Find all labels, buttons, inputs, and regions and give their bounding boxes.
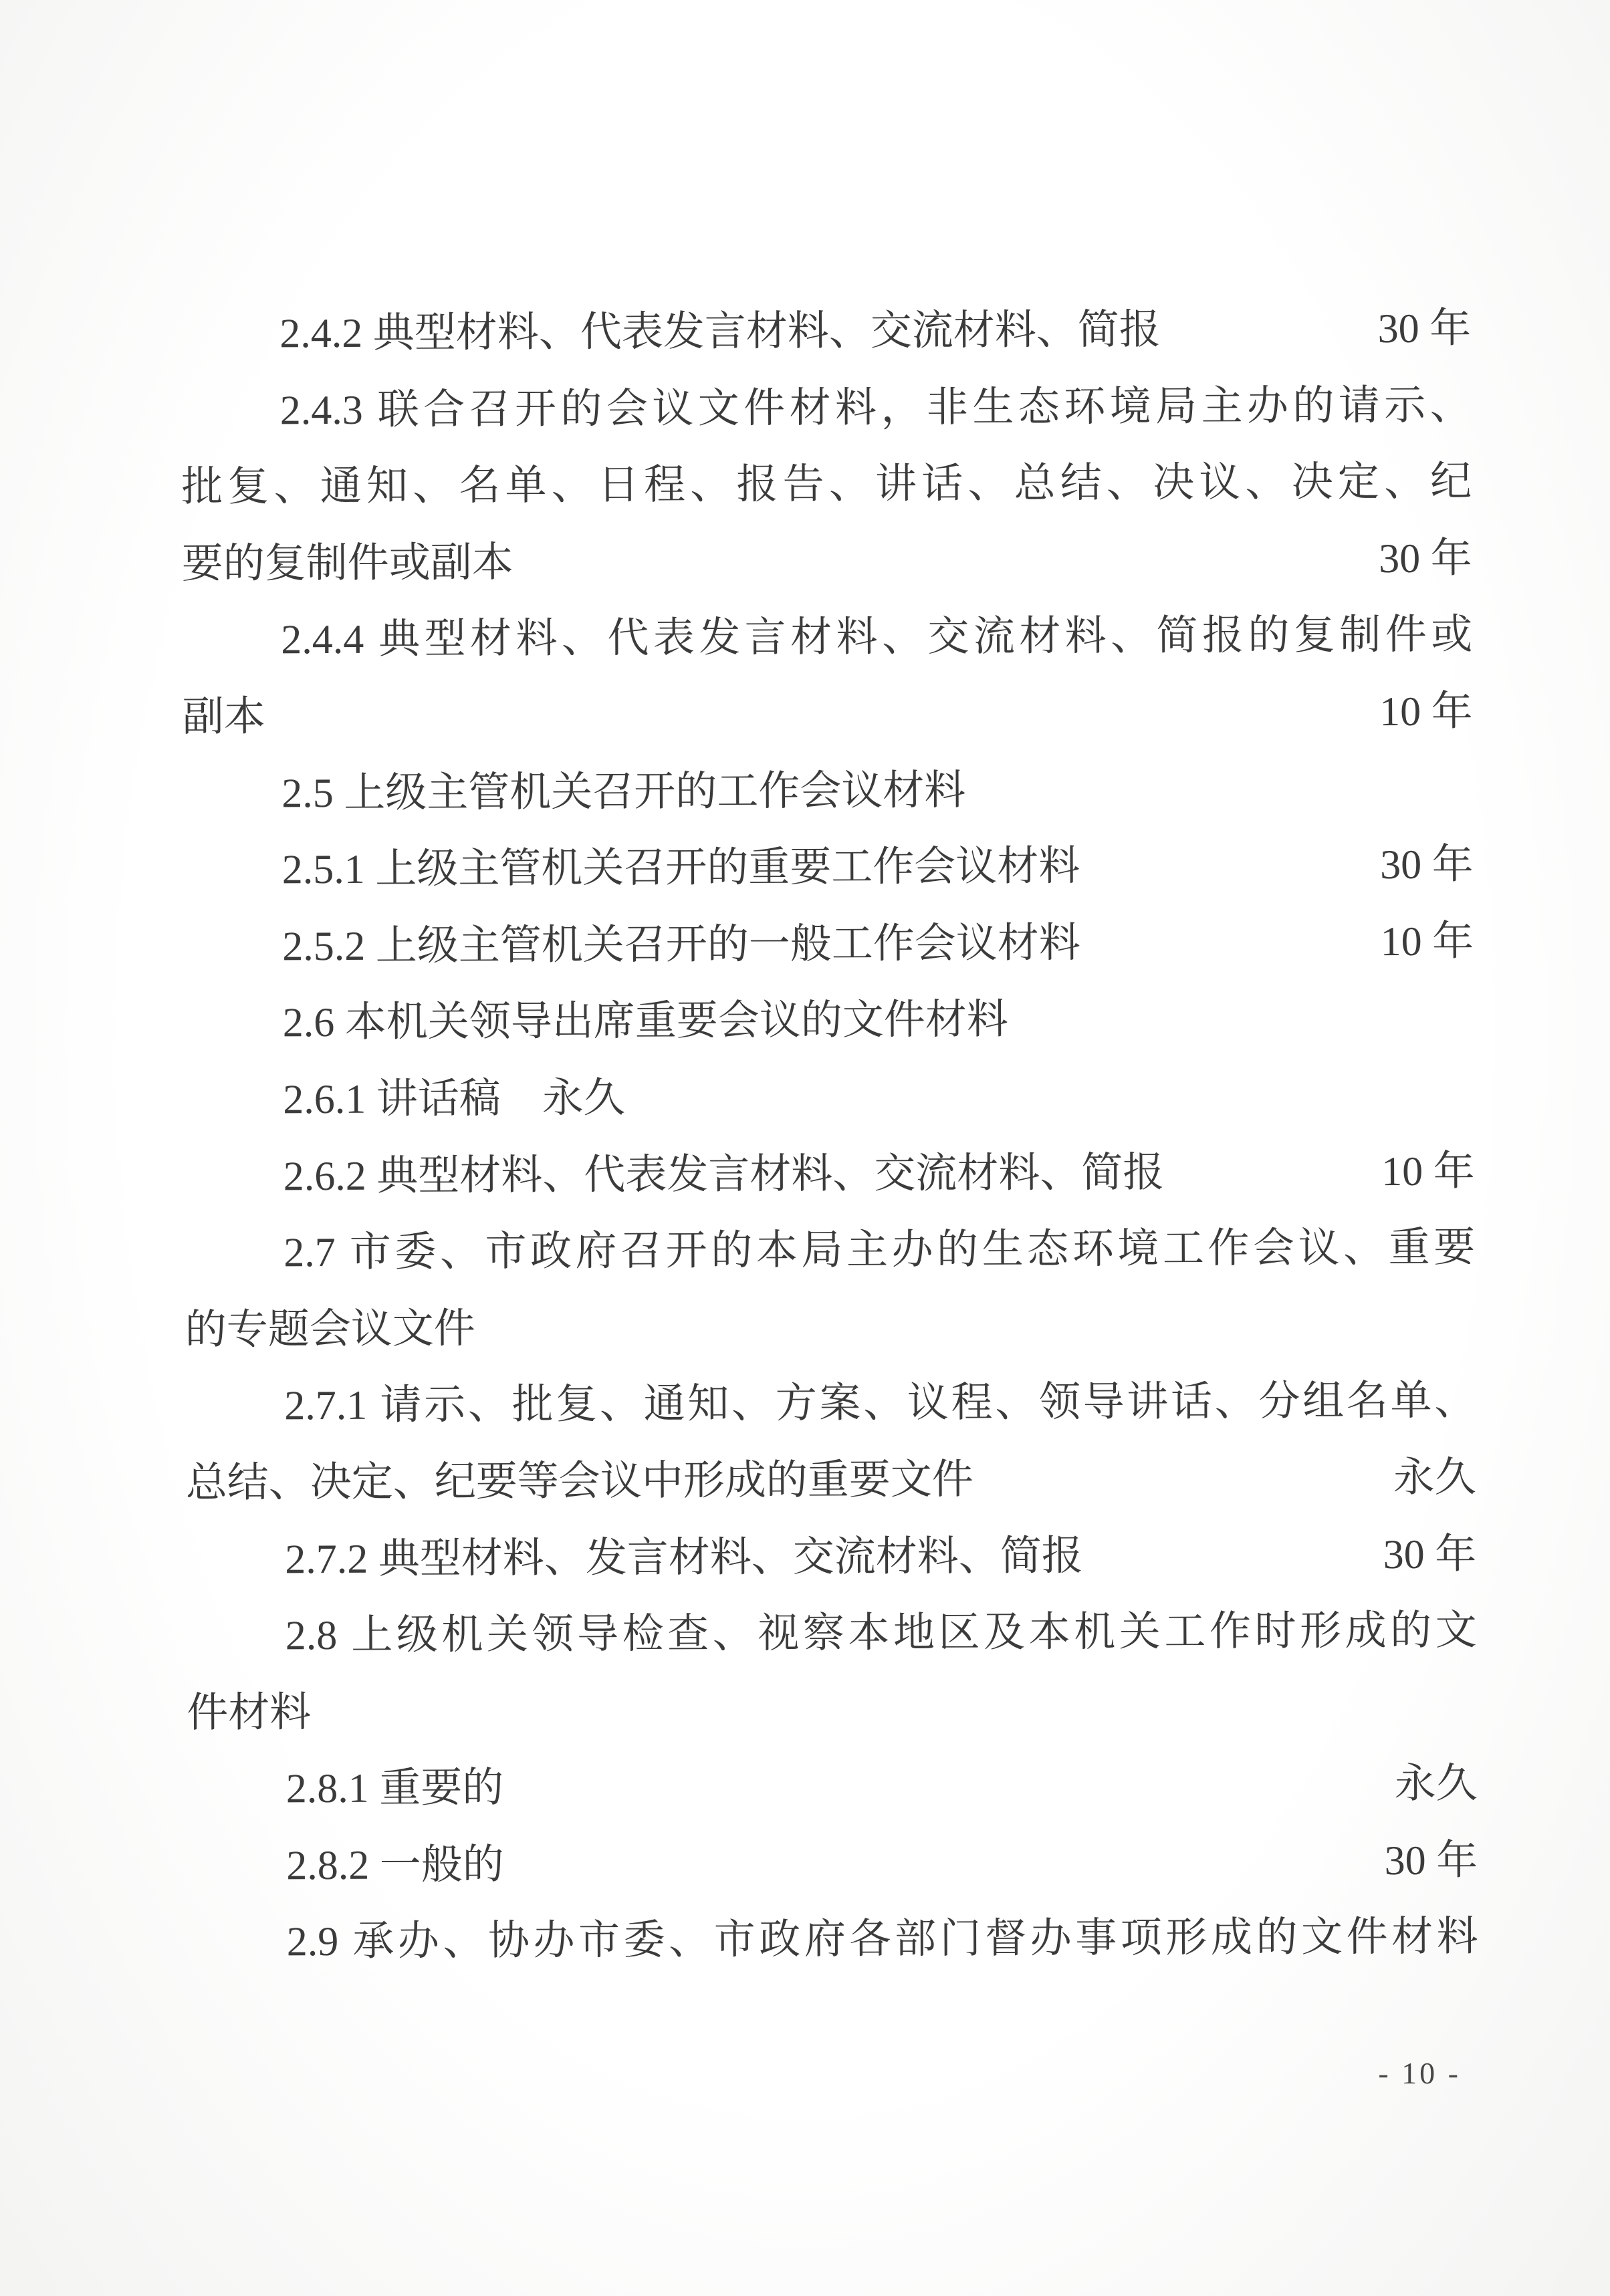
line-text: 要的复制件或副本 [182, 525, 514, 603]
line-text: 总结、决定、纪要等会议中形成的重要文件 [186, 1442, 974, 1522]
line-text: 2.5.2 上级主管机关召开的一般工作会议材料 [282, 905, 1080, 985]
document-line: 2.4.4 典型材料、代表发言材料、交流材料、简报的复制件或 [182, 597, 1472, 679]
document-line: 2.9 承办、协办市委、市政府各部门督办事项形成的文件材料 [188, 1899, 1478, 1981]
line-text: 2.5.1 上级主管机关召开的重要工作会议材料 [281, 828, 1080, 908]
line-text: 2.4.4 典型材料、代表发言材料、交流材料、简报的复制件或 [281, 612, 1472, 663]
document-body: 2.4.2 典型材料、代表发言材料、交流材料、简报30 年2.4.3 联合召开的… [181, 291, 1478, 1981]
document-line: 2.7.2 典型材料、发言材料、交流材料、简报30 年 [186, 1516, 1476, 1598]
line-text: 2.7.1 请示、批复、通知、方案、议程、领导讲话、分组名单、 [284, 1378, 1476, 1429]
line-text: 2.6 本机关领导出席重要会议的文件材料 [282, 982, 1008, 1061]
document-line: 2.6.1 讲话稿 永久 [184, 1057, 1474, 1139]
retention-period-value: 30 年 [1380, 827, 1474, 904]
line-text: 2.4.3 联合召开的会议文件材料，非生态环境局主办的请示、 [280, 382, 1472, 433]
line-text: 副本 [183, 678, 266, 755]
retention-period-value: 10 年 [1381, 1133, 1475, 1210]
document-line: 2.4.2 典型材料、代表发言材料、交流材料、简报30 年 [181, 291, 1471, 373]
document-line: 2.5.1 上级主管机关召开的重要工作会议材料30 年 [183, 827, 1474, 909]
line-text: 2.8.2 一般的 [286, 1827, 504, 1904]
line-text: 2.8.1 重要的 [285, 1750, 503, 1827]
page-number: - 10 - [1378, 2053, 1461, 2093]
retention-period-value: 10 年 [1380, 903, 1474, 980]
document-line: 2.8.1 重要的永久 [187, 1746, 1478, 1828]
scanned-document-page: 2.4.2 典型材料、代表发言材料、交流材料、简报30 年2.4.3 联合召开的… [0, 0, 1610, 2296]
document-line: 2.7.1 请示、批复、通知、方案、议程、领导讲话、分组名单、 [185, 1363, 1476, 1445]
document-line: 2.6 本机关领导出席重要会议的文件材料 [184, 980, 1474, 1062]
retention-period-value: 30 年 [1379, 520, 1472, 597]
document-line: 副本10 年 [183, 674, 1473, 756]
retention-period-value: 永久 [1394, 1746, 1478, 1823]
line-text: 件材料 [187, 1674, 312, 1751]
line-text: 2.5 上级主管机关召开的工作会议材料 [281, 752, 966, 832]
line-text: 2.6.2 典型材料、代表发言材料、交流材料、简报 [283, 1134, 1164, 1215]
line-text: 2.8 上级机关领导检查、视察本地区及本机关工作时形成的文 [285, 1608, 1477, 1659]
retention-period-value: 10 年 [1379, 674, 1473, 751]
line-text: 2.4.2 典型材料、代表发言材料、交流材料、简报 [279, 292, 1161, 372]
retention-period-value: 永久 [1393, 1439, 1476, 1516]
document-line: 2.5 上级主管机关召开的工作会议材料 [183, 750, 1473, 832]
line-text: 2.7 市委、市政府召开的本局主办的生态环境工作会议、重要 [283, 1225, 1475, 1276]
document-line: 2.8.2 一般的30 年 [187, 1822, 1478, 1904]
document-line: 2.7 市委、市政府召开的本局主办的生态环境工作会议、重要 [185, 1210, 1475, 1292]
document-line: 总结、决定、纪要等会议中形成的重要文件永久 [186, 1439, 1476, 1521]
document-line: 2.8 上级机关领导检查、视察本地区及本机关工作时形成的文 [187, 1593, 1477, 1675]
line-text: 2.7.2 典型材料、发言材料、交流材料、简报 [285, 1518, 1083, 1598]
document-line: 2.5.2 上级主管机关召开的一般工作会议材料10 年 [183, 903, 1474, 985]
document-line: 批复、通知、名单、日程、报告、讲话、总结、决议、决定、纪 [181, 444, 1472, 526]
line-text: 2.9 承办、协办市委、市政府各部门督办事项形成的文件材料 [287, 1914, 1478, 1965]
retention-period-value: 30 年 [1384, 1822, 1478, 1899]
document-line: 件材料 [187, 1669, 1477, 1751]
document-line: 2.6.2 典型材料、代表发言材料、交流材料、简报10 年 [185, 1133, 1475, 1215]
retention-period-value: 30 年 [1383, 1516, 1476, 1593]
document-line: 2.4.3 联合召开的会议文件材料，非生态环境局主办的请示、 [181, 367, 1472, 449]
line-text: 的专题会议文件 [185, 1291, 476, 1368]
line-text: 2.6.1 讲话稿 永久 [283, 1060, 625, 1138]
document-line: 的专题会议文件 [185, 1286, 1476, 1368]
document-line: 要的复制件或副本30 年 [182, 520, 1472, 602]
line-text: 批复、通知、名单、日程、报告、讲话、总结、决议、决定、纪 [181, 459, 1472, 510]
retention-period-value: 30 年 [1377, 291, 1471, 368]
